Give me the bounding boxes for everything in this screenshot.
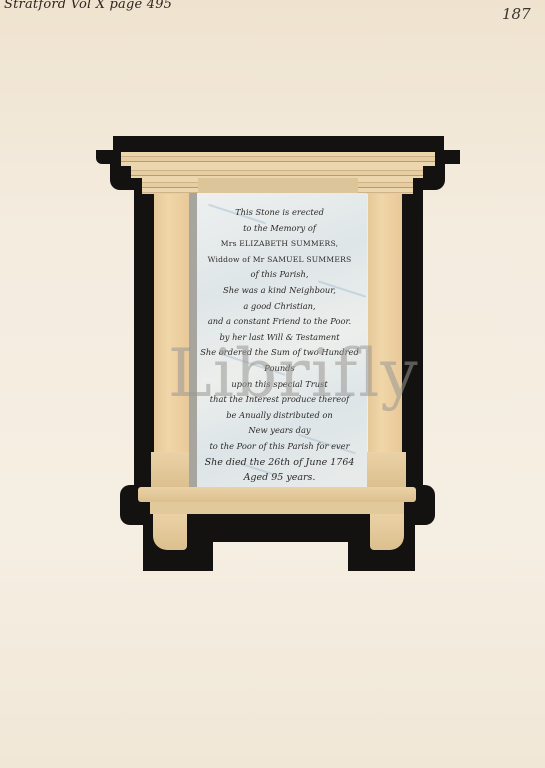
inscription-line: Aged 95 years. [192,470,367,486]
watermark: Librifly [168,335,419,412]
inscription-line: Widdow of Mr SAMUEL SUMMERS [192,252,367,268]
page-caption: Stratford Vol X page 495 [4,0,172,12]
folio-number: 187 [502,5,531,23]
corbel-right [370,514,404,550]
capital-left [142,178,198,194]
pedestal-left [151,452,191,488]
backing-left-side [134,180,156,490]
cornice-lower [131,166,423,178]
inscription-line: to the Memory of [192,221,367,237]
frieze [198,178,358,194]
inscription-line: a good Christian, [192,299,367,315]
corbel-left [153,514,187,550]
backing-middle-base [190,512,370,542]
pedestal-right [366,452,406,488]
inscription-line: of this Parish, [192,267,367,283]
capital-right [357,178,413,194]
inscription-line: and a constant Friend to the Poor. [192,314,367,330]
pilaster-right [368,194,402,452]
inscription-line: Mrs ELIZABETH SUMMERS, [192,236,367,252]
inscription-line: This Stone is erected [192,205,367,221]
sill [138,487,416,502]
cornice [121,152,435,166]
sill-underside [150,502,404,514]
inscription-line: She was a kind Neighbour, [192,283,367,299]
inscription-line: to the Poor of this Parish for ever [192,439,367,455]
inscription-line: She died the 26th of June 1764 [192,455,367,471]
inscription-line: New years day [192,423,367,439]
pilaster-left [154,194,190,452]
